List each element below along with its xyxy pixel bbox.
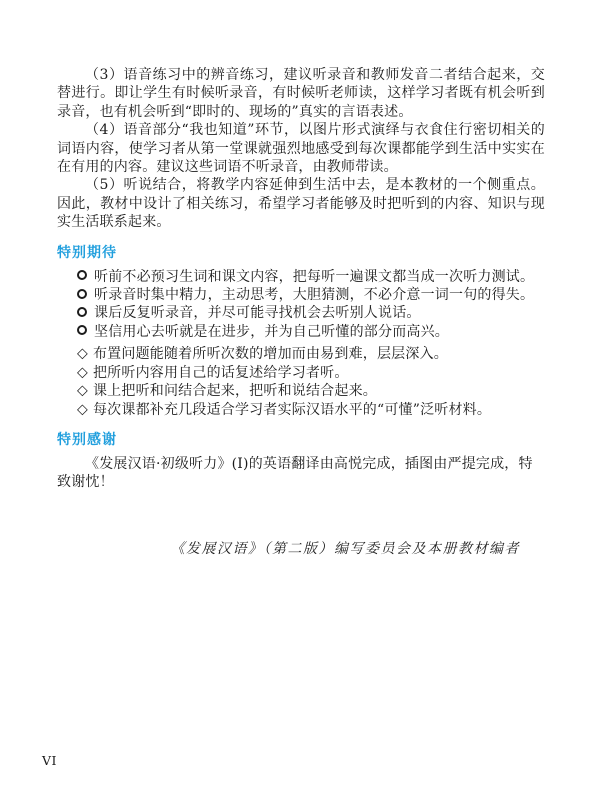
thanks-paragraph: 《发展汉语·初级听力》(Ⅰ)的英语翻译由高悦完成，插图由严提完成，特致谢忱！ (57, 455, 545, 492)
tip-text: 听前不必预习生词和课文内容，把每听一遍课文都当成一次听力测试。 (94, 269, 534, 285)
diamond-bullet-icon: ◇ (77, 382, 88, 400)
circle-bullet-icon (77, 307, 87, 317)
list-item: 课后反复听录音，并尽可能寻找机会去听别人说话。 (77, 304, 545, 322)
tip-text: 听录音时集中精力，主动思考，大胆猜测，不必介意一词一句的得失。 (94, 287, 534, 303)
tip-text: 把所听内容用自己的话复述给学习者听。 (93, 365, 349, 381)
tip-text: 布置问题能随着所听次数的增加而由易到难，层层深入。 (93, 346, 448, 362)
page-content: （3）语音练习中的辨音练习，建议听录音和教师发音二者结合起来，交替进行。即让学生… (57, 66, 545, 557)
list-item: ◇每次课都补充几段适合学习者实际汉语水平的“可懂”泛听材料。 (77, 401, 545, 419)
section-heading-expectations: 特别期待 (57, 246, 545, 260)
document-page: （3）语音练习中的辨音练习，建议听录音和教师发音二者结合起来，交替进行。即让学生… (0, 0, 600, 808)
list-item: 听前不必预习生词和课文内容，把每听一遍课文都当成一次听力测试。 (77, 268, 545, 286)
tip-text: 每次课都补充几段适合学习者实际汉语水平的“可懂”泛听材料。 (93, 402, 491, 418)
list-item: ◇课上把听和问结合起来，把听和说结合起来。 (77, 382, 545, 400)
list-item: 听录音时集中精力，主动思考，大胆猜测，不必介意一词一句的得失。 (77, 286, 545, 304)
learner-tip-list: 听前不必预习生词和课文内容，把每听一遍课文都当成一次听力测试。 听录音时集中精力… (57, 268, 545, 342)
paragraph-5: （5）听说结合，将教学内容延伸到生活中去，是本教材的一个侧重点。因此，教材中设计… (57, 176, 545, 231)
diamond-bullet-icon: ◇ (77, 363, 88, 381)
circle-bullet-icon (77, 270, 87, 280)
diamond-bullet-icon: ◇ (77, 345, 88, 363)
page-number: VI (42, 753, 57, 768)
tip-text: 课上把听和问结合起来，把听和说结合起来。 (93, 383, 377, 399)
tip-text: 课后反复听录音，并尽可能寻找机会去听别人说话。 (94, 305, 421, 321)
paragraph-3: （3）语音练习中的辨音练习，建议听录音和教师发音二者结合起来，交替进行。即让学生… (57, 66, 545, 121)
teacher-tip-list: ◇布置问题能随着所听次数的增加而由易到难，层层深入。 ◇把所听内容用自己的话复述… (57, 345, 545, 419)
circle-bullet-icon (77, 325, 87, 335)
list-item: ◇布置问题能随着所听次数的增加而由易到难，层层深入。 (77, 345, 545, 363)
diamond-bullet-icon: ◇ (77, 400, 88, 418)
section-heading-thanks: 特别感谢 (57, 433, 545, 447)
attribution: 《发展汉语》（第二版）编写委员会及本册教材编者 (57, 541, 545, 557)
list-item: ◇把所听内容用自己的话复述给学习者听。 (77, 364, 545, 382)
circle-bullet-icon (77, 289, 87, 299)
list-item: 坚信用心去听就是在进步，并为自己听懂的部分而高兴。 (77, 323, 545, 341)
paragraph-4: （4）语音部分“我也知道”环节，以图片形式演绎与衣食住行密切相关的词语内容，使学… (57, 121, 545, 176)
tip-text: 坚信用心去听就是在进步，并为自己听懂的部分而高兴。 (94, 324, 449, 340)
